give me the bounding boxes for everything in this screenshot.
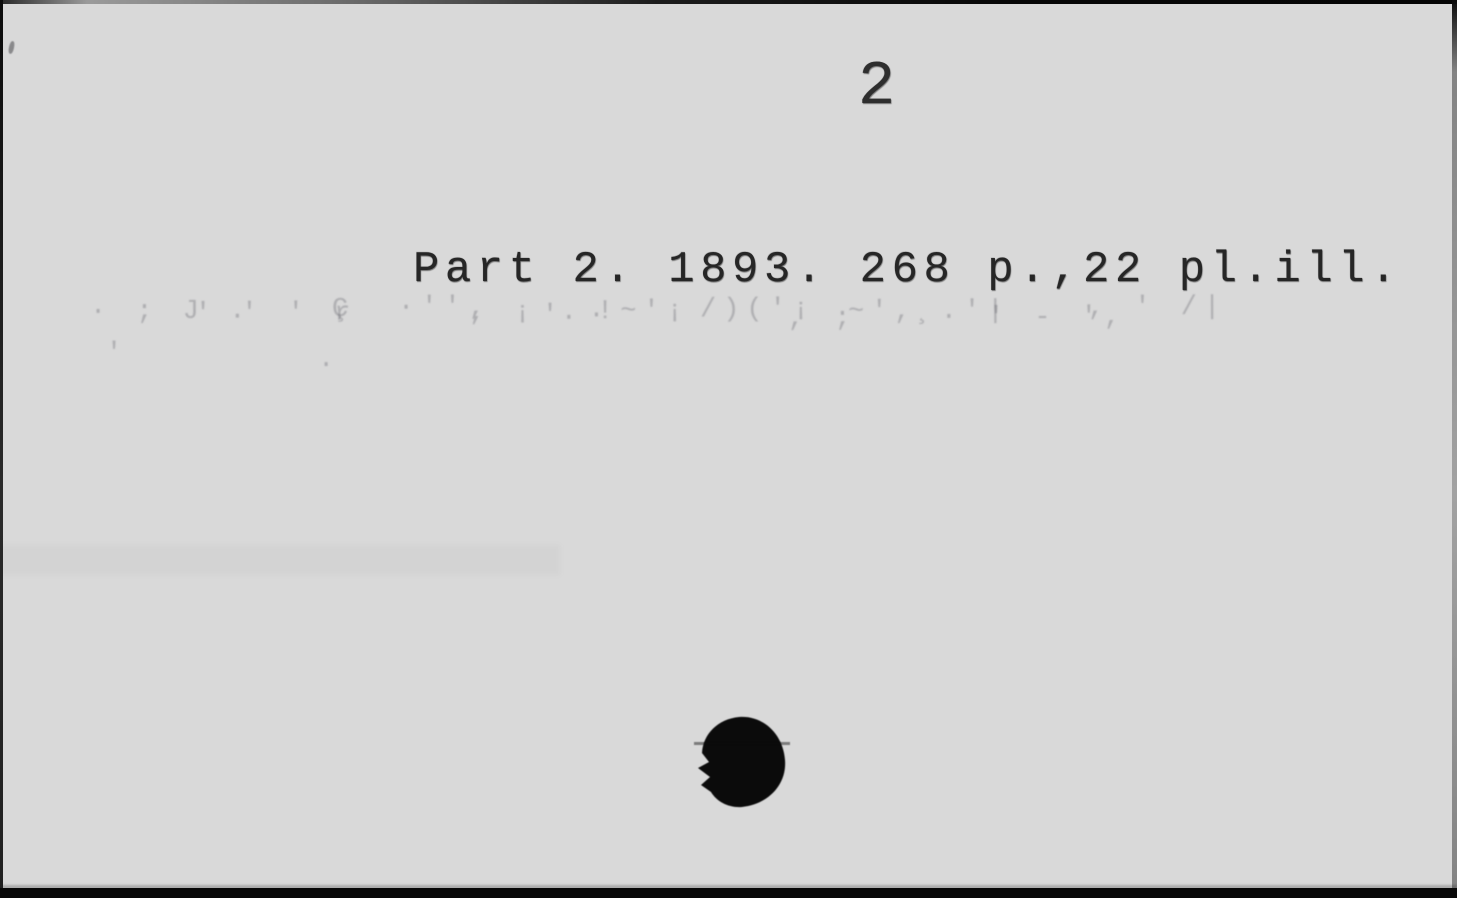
ghost-fragment: ‚ ¡ . [468, 300, 584, 328]
ghost-fragment: ' ' ' r [195, 301, 358, 329]
ghost-fragment: · ; J . [90, 299, 253, 327]
ghost-fragment: ' · [542, 303, 612, 330]
ghost-fragment: ~',¸.'| [848, 299, 1011, 327]
ghost-fragment: , ' /| [1088, 295, 1227, 323]
scan-edge-right [1452, 0, 1457, 898]
ghost-fragment: /)('¡ [700, 297, 816, 325]
scan-speck [8, 41, 16, 55]
ghost-fragment: . [318, 347, 341, 374]
ghost-fragment: , ; [788, 306, 858, 333]
scan-edge-left [0, 0, 3, 898]
scan-edge-bottom [0, 888, 1457, 898]
ink-blot [684, 714, 790, 810]
scan-edge-top [0, 0, 1457, 4]
page-number: 2 [858, 56, 895, 118]
ghost-fragment: !~'¡ [597, 299, 690, 326]
paper-tone-band [0, 545, 560, 575]
ghost-fragment: Ç [332, 297, 355, 324]
ghost-fragment: ' [106, 341, 129, 368]
scanned-page: 2 Part 2. 1893. 268 p.,22 pl.ill. · ; J … [0, 0, 1457, 898]
catalog-entry-text: Part 2. 1893. 268 p.,22 pl.ill. [413, 248, 1402, 292]
ink-blot-smudge [694, 742, 790, 745]
ghost-fragment: ·''‚ [398, 295, 491, 322]
ghost-fragment: ' - ', [988, 305, 1127, 333]
